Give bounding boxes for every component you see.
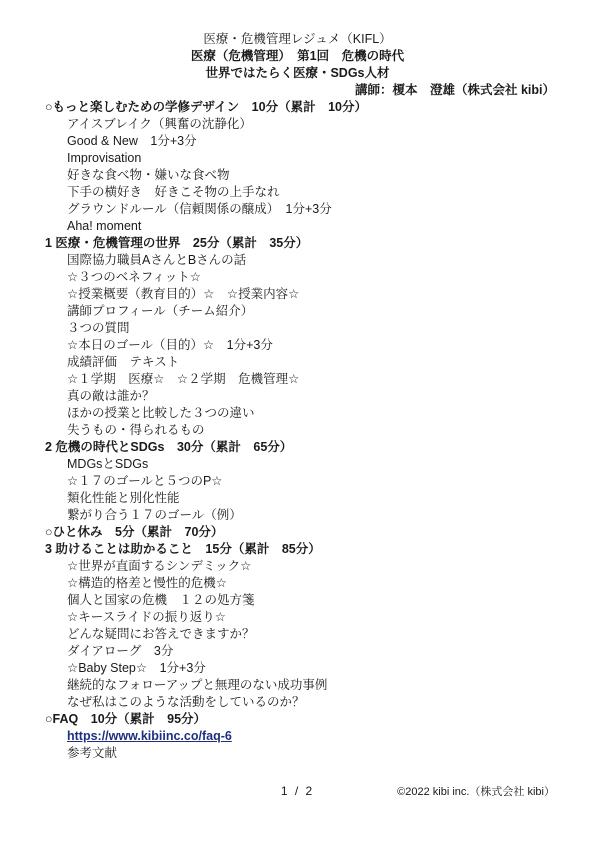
document-header: 医療・危機管理レジュメ（KIFL） 医療（危機管理） 第1回 危機の時代 世界で… <box>0 0 595 82</box>
outline-item: 繋がり合う１７のゴール（例） <box>67 507 555 524</box>
copyright-notice: ©2022 kibi inc.（株式会社 kibi） <box>397 784 555 801</box>
outline-item: どんな疑問にお答えできますか？ <box>67 626 555 643</box>
outline: ○もっと楽しむための学修デザイン 10分（累計 10分）アイスブレイク（興奮の沈… <box>45 99 555 762</box>
outline-item: グラウンドルール（信頼関係の醸成） 1分+3分 <box>67 201 555 218</box>
section-heading: 2 危機の時代とSDGs 30分（累計 65分） <box>45 439 555 456</box>
outline-item: なぜ私はこのような活動をしているのか？ <box>67 694 555 711</box>
outline-item: ☆授業概要（教育目的）☆ ☆授業内容☆ <box>67 286 555 303</box>
section-heading: ○ひと休み 5分（累計 70分） <box>45 524 555 541</box>
outline-item: Good & New 1分+3分 <box>67 133 555 150</box>
outline-item: 失うもの・得られるもの <box>67 422 555 439</box>
outline-section: 1 医療・危機管理の世界 25分（累計 35分）国際協力職員AさんとBさんの話☆… <box>45 235 555 439</box>
outline-item: MDGsとSDGs <box>67 456 555 473</box>
outline-item: 個人と国家の危機 １２の処方箋 <box>67 592 555 609</box>
outline-item: ☆１学期 医療☆ ☆２学期 危機管理☆ <box>67 371 555 388</box>
outline-item: Improvisation <box>67 150 555 167</box>
outline-item: ☆Baby Step☆ 1分+3分 <box>67 660 555 677</box>
document-footer: 1 / 2 ©2022 kibi inc.（株式会社 kibi） <box>0 783 595 801</box>
outline-item: ☆キースライドの振り返り☆ <box>67 609 555 626</box>
outline-item: Aha! moment <box>67 218 555 235</box>
outline-item: ☆３つのベネフィット☆ <box>67 269 555 286</box>
outline-item: 類化性能と別化性能 <box>67 490 555 507</box>
section-heading: 3 助けることは助かること 15分（累計 85分） <box>45 541 555 558</box>
outline-item: ☆本日のゴール（目的）☆ 1分+3分 <box>67 337 555 354</box>
outline-section: ○FAQ 10分（累計 95分）https://www.kibiinc.co/f… <box>45 711 555 762</box>
section-heading: ○もっと楽しむための学修デザイン 10分（累計 10分） <box>45 99 555 116</box>
outline-item: ☆構造的格差と慢性的危機☆ <box>67 575 555 592</box>
faq-link[interactable]: https://www.kibiinc.co/faq-6 <box>67 729 232 743</box>
outline-section: 2 危機の時代とSDGs 30分（累計 65分）MDGsとSDGs☆１７のゴール… <box>45 439 555 524</box>
outline-item: ３つの質問 <box>67 320 555 337</box>
outline-item: 真の敵は誰か？ <box>67 388 555 405</box>
outline-item: 下手の横好き 好きこそ物の上手なれ <box>67 184 555 201</box>
document-title: 医療・危機管理レジュメ（KIFL） <box>0 31 595 48</box>
outline-section: ○もっと楽しむための学修デザイン 10分（累計 10分）アイスブレイク（興奮の沈… <box>45 99 555 235</box>
outline-section: 3 助けることは助かること 15分（累計 85分）☆世界が直面するシンデミック☆… <box>45 541 555 711</box>
outline-item: ☆１７のゴールと５つのP☆ <box>67 473 555 490</box>
document-subtitle: 医療（危機管理） 第1回 危機の時代 <box>0 48 595 65</box>
outline-item: 参考文献 <box>67 745 555 762</box>
outline-item: 成績評価 テキスト <box>67 354 555 371</box>
document-page: 医療・危機管理レジュメ（KIFL） 医療（危機管理） 第1回 危機の時代 世界で… <box>0 0 595 841</box>
section-heading: ○FAQ 10分（累計 95分） <box>45 711 555 728</box>
outline-item: 講師プロフィール（チーム紹介） <box>67 303 555 320</box>
outline-item: アイスブレイク（興奮の沈静化） <box>67 116 555 133</box>
faq-link-row: https://www.kibiinc.co/faq-6 <box>67 728 555 745</box>
outline-item: 好きな食べ物・嫌いな食べ物 <box>67 167 555 184</box>
outline-item: ほかの授業と比較した３つの違い <box>67 405 555 422</box>
outline-item: ☆世界が直面するシンデミック☆ <box>67 558 555 575</box>
outline-section: ○ひと休み 5分（累計 70分） <box>45 524 555 541</box>
section-heading: 1 医療・危機管理の世界 25分（累計 35分） <box>45 235 555 252</box>
instructor-credit: 講師：榎本 澄雄（株式会社 kibi） <box>0 82 595 99</box>
outline-item: 国際協力職員AさんとBさんの話 <box>67 252 555 269</box>
outline-item: 継続的なフォローアップと無理のない成功事例 <box>67 677 555 694</box>
outline-item: ダイアローグ 3分 <box>67 643 555 660</box>
document-theme: 世界ではたらく医療・SDGs人材 <box>0 65 595 82</box>
